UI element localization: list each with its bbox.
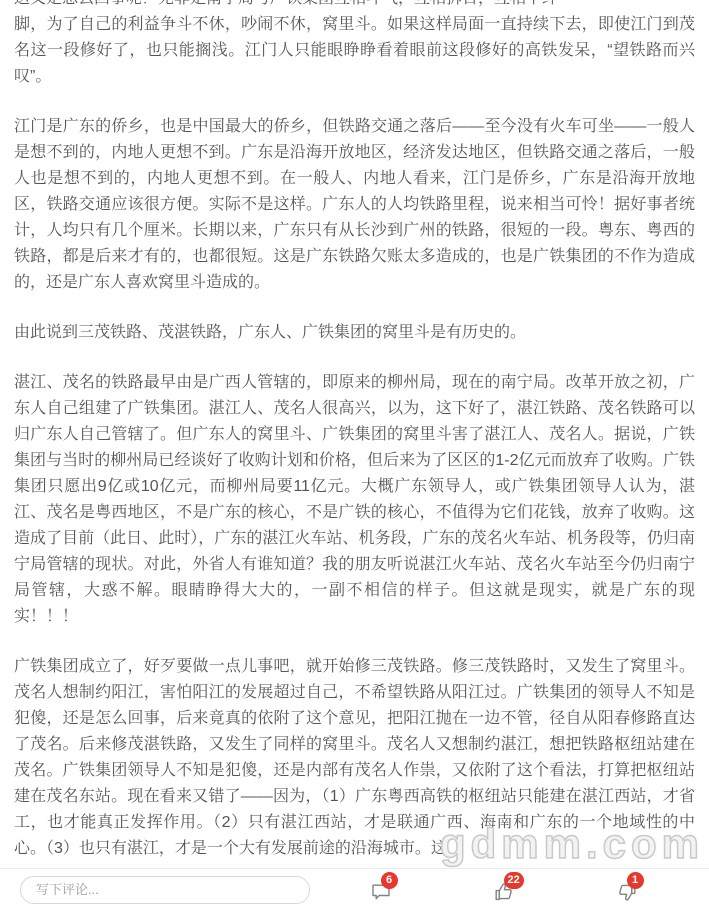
action-buttons: 6 22 1 — [320, 875, 689, 904]
article-paragraph: 由此说到三茂铁路、茂湛铁路，广东人、广铁集团的窝里斗是有历史的。 — [14, 320, 695, 346]
article-paragraph: 广铁集团成立了，好歹要做一点儿事吧，就开始修三茂铁路。修三茂铁路时，又发生了窝里… — [14, 654, 695, 862]
comment-input[interactable] — [20, 876, 310, 904]
comments-button[interactable]: 6 — [370, 880, 394, 904]
article-paragraph: 江门是广东的侨乡，也是中国最大的侨乡，但铁路交通之落后——至今没有火车可坐——一… — [14, 114, 695, 296]
article-body: 这又是怎么回事呢？无非是南宁局与广铁集团互相斗气，互相拆台，互相下绊 脚，为了自… — [0, 0, 709, 862]
clipped-line: 这又是怎么回事呢？无非是南宁局与广铁集团互相斗气，互相拆台，互相下绊 — [14, 0, 695, 8]
thumbs-up-button[interactable]: 22 — [493, 880, 517, 904]
thumbs-down-button[interactable]: 1 — [616, 880, 640, 904]
thumbs-up-count-badge: 22 — [504, 872, 524, 889]
clipped-paragraph-top: 这又是怎么回事呢？无非是南宁局与广铁集团互相斗气，互相拆台，互相下绊 — [14, 0, 695, 8]
article-paragraph: 湛江、茂名的铁路最早由是广西人管辖的，即原来的柳州局，现在的南宁局。改革开放之初… — [14, 370, 695, 630]
comments-count-badge: 6 — [381, 872, 398, 889]
comment-bar: 6 22 1 — [0, 868, 709, 910]
thumbs-down-count-badge: 1 — [627, 872, 644, 889]
article-paragraph: 脚，为了自己的利益争斗不休，吵闹不休，窝里斗。如果这样局面一直持续下去，即使江门… — [14, 12, 695, 90]
